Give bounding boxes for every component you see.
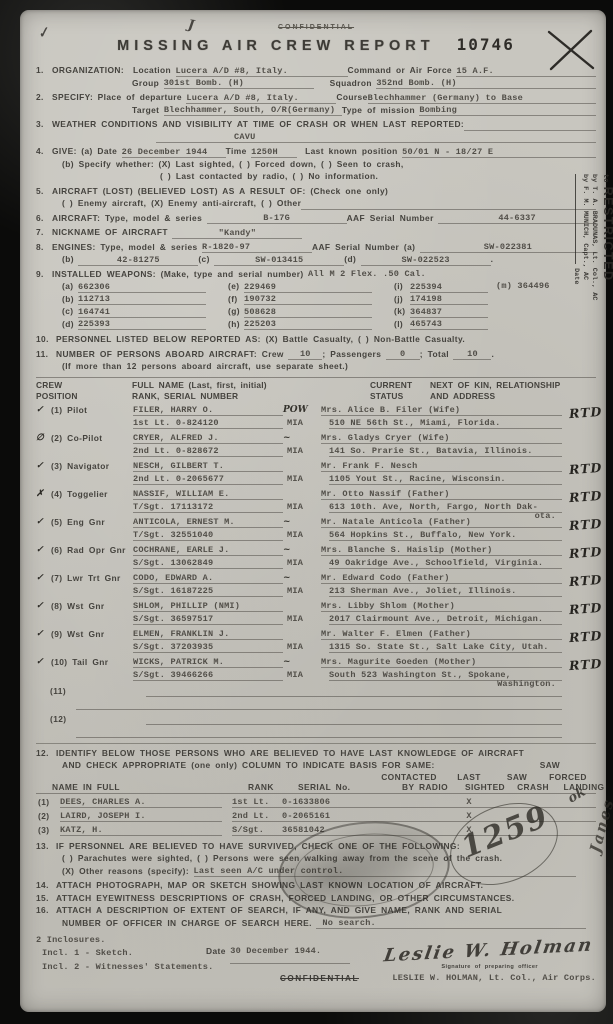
- period: .: [491, 348, 494, 361]
- crew-position: (4) Toggelier: [51, 488, 133, 500]
- crew-rank-serial: T/Sgt. 17113172: [133, 502, 283, 513]
- kin-address: 141 So. Prarie St., Batavia, Illinois.: [329, 446, 562, 457]
- rtd-annotation: RTD: [568, 459, 602, 476]
- date-label: (a) Date: [81, 145, 117, 158]
- crew-position: (6) Rad Opr Gnr: [51, 544, 133, 556]
- pencil-checkmark: ✓: [36, 628, 51, 640]
- item5-label: AIRCRAFT (LOST) (BELIEVED LOST) AS A RES…: [52, 185, 388, 198]
- date-footer-value: 30 December 1944.: [230, 946, 350, 964]
- target-label: Target: [132, 104, 159, 117]
- position-value: 50/01 N - 18/27 E: [402, 147, 596, 158]
- crew-name: CODO, EDWARD A.: [133, 573, 283, 584]
- crew-name: WICKS, PATRICK M.: [133, 657, 283, 668]
- location-value: Lucera A/D #8, Italy.: [176, 66, 348, 77]
- weapon-letter: (b): [62, 293, 78, 306]
- crew-position: (7) Lwr Trt Gnr: [51, 572, 133, 584]
- item4b-options-line2: ( ) Last contacted by radio, ( ) No info…: [160, 170, 378, 183]
- hdr-crew: CREW: [36, 380, 132, 391]
- kin-address-overflow: Washington.: [497, 679, 556, 689]
- crew-rank-serial: S/Sgt. 36597517: [133, 614, 283, 625]
- mission-value: Bombing: [419, 105, 596, 116]
- crew-status: MIA: [283, 501, 329, 513]
- crew-count: 10: [288, 349, 322, 360]
- item4b-options-line1: (X) Last sighted, ( ) Forced down, ( ) S…: [159, 158, 404, 171]
- weapons-note: All M 2 Flex. .50 Cal.: [308, 268, 426, 281]
- crew-row: ✓ (5) Eng Gnr ANTICOLA, ERNEST M. ~ Mr. …: [36, 515, 596, 542]
- item2-label: SPECIFY:: [52, 91, 93, 104]
- command-label: Command or Air Force: [348, 64, 452, 77]
- kin-address: 49 Oakridge Ave., Schoolfield, Virginia.: [329, 558, 562, 569]
- kin-address: 2017 Clairmount Ave., Detroit, Michigan.: [329, 614, 562, 625]
- item6-label: AIRCRAFT: Type, model & series: [52, 212, 202, 225]
- hdr-next-of-kin: NEXT OF KIN, RELATIONSHIP: [430, 380, 596, 391]
- item4-label: GIVE:: [52, 145, 77, 158]
- handwritten-x-mark: [545, 28, 597, 72]
- date-value: 26 December 1944: [122, 147, 226, 158]
- crew-row: ✓ (9) Wst Gnr ELMEN, FRANKLIN J. Mr. Wal…: [36, 627, 596, 654]
- next-of-kin: Mrs. Gladys Cryer (Wife): [321, 433, 562, 444]
- crew-status: MIA: [283, 585, 329, 597]
- rtd-annotation: RTD: [568, 571, 602, 588]
- departure-label: Place of departure: [98, 91, 182, 104]
- witness-number: (3): [36, 825, 60, 836]
- weapons-row: (d) 225393 (h) 225203 (l) 465743: [36, 318, 596, 331]
- witness-radio-check: [374, 797, 444, 808]
- signature: Leslie W. Holman: [382, 935, 595, 967]
- hdr-by-radio: BY RADIO: [390, 782, 460, 792]
- course-value: Blechhammer (Germany) to Base: [368, 93, 596, 104]
- pencil-checkmark: ✓: [36, 516, 51, 528]
- search-value: No search.: [316, 918, 442, 929]
- target-value: Blechhammer, South, O/R(Germany): [164, 105, 342, 116]
- rtd-annotation: RTD: [568, 543, 602, 560]
- kin-address: 564 Hopkins St., Buffalo, New York.: [329, 530, 562, 541]
- confidential-stamp-bottom: CONFIDENTIAL: [280, 974, 359, 983]
- witness-name: DEES, CHARLES A.: [60, 797, 222, 808]
- pencil-checkmark: ✓: [36, 404, 51, 416]
- next-of-kin: Mr. Frank F. Nesch: [321, 461, 562, 472]
- squadron-label: Squadron: [330, 77, 372, 90]
- crew-status: MIA: [283, 417, 329, 429]
- group-label: Group: [132, 77, 159, 90]
- item13-number: 13.: [36, 840, 56, 853]
- weapon-serial: 364837: [410, 307, 488, 318]
- item11-number: 11.: [36, 348, 56, 361]
- item5-number: 5.: [36, 185, 52, 198]
- mission-label: Type of mission: [342, 104, 415, 117]
- course-label: Course: [336, 91, 367, 104]
- stamp-line4: by F. M. MUNICH, Capt., AC: [580, 174, 589, 380]
- crew-position: (8) Wst Gnr: [51, 600, 133, 612]
- item10-number: 10.: [36, 333, 56, 346]
- crew-rank-serial: T/Sgt. 32551040: [133, 530, 283, 541]
- hdr-name-in-full: NAME IN FULL: [36, 782, 248, 792]
- rtd-annotation: RTD: [568, 627, 602, 644]
- weapon-serial: 508628: [244, 307, 372, 318]
- item11-label: NUMBER OF PERSONS ABOARD AIRCRAFT: Crew: [56, 348, 284, 361]
- item12-number: 12.: [36, 747, 56, 760]
- weapon-letter: (h): [228, 318, 244, 331]
- weapon-serial: 225203: [244, 319, 372, 330]
- weapon-letter: (i): [394, 280, 410, 293]
- crew-row: ✓ (1) Pilot FILER, HARRY O. POW Mrs. Ali…: [36, 403, 596, 430]
- engine-type-value: R-1820-97: [202, 242, 312, 253]
- next-of-kin: Mrs. Magurite Goeden (Mother): [321, 657, 562, 668]
- crew-name: COCHRANE, EARLE J.: [133, 545, 283, 556]
- handwritten-status: ~: [283, 572, 321, 584]
- crew-rank-serial: 2nd Lt. 0-2065677: [133, 474, 283, 485]
- crew-row: ✗ (4) Toggelier NASSIF, WILLIAM E. Mr. O…: [36, 487, 596, 514]
- kin-address: 613 10th. Ave, North, Fargo, North Dak-: [329, 502, 562, 513]
- witness-rank: 2nd Lt.: [232, 811, 282, 822]
- kin-address: 510 NE 56th St., Miami, Florida.: [329, 418, 562, 429]
- weapons-row: (a) 662306 (e) 229469 (i) 225394 (m) 364…: [36, 280, 596, 293]
- time-label: Time: [226, 145, 247, 158]
- handwritten-status: ~: [283, 544, 321, 556]
- date-footer-label: Date: [206, 946, 226, 964]
- hdr-forced: FORCED: [540, 772, 596, 782]
- engine-d-label: (d): [344, 253, 356, 266]
- item16-label-line2: NUMBER OF OFFICER IN CHARGE OF SEARCH HE…: [62, 917, 312, 930]
- hdr-position: POSITION: [36, 391, 132, 402]
- item9-label: INSTALLED WEAPONS: (Make, type and seria…: [52, 268, 304, 281]
- weapon-letter: (k): [394, 305, 410, 318]
- passengers-label: ; Passengers: [322, 348, 381, 361]
- item3-number: 3.: [36, 118, 52, 131]
- crew-table-header: CREW POSITION FULL NAME (Last, first, in…: [36, 377, 596, 402]
- kin-address: 1315 So. State St., Salt Lake City, Utah…: [329, 642, 562, 653]
- item9-number: 9.: [36, 268, 52, 281]
- next-of-kin: Mr. Edward Codo (Father): [321, 573, 562, 584]
- passengers-count: 0: [386, 349, 420, 360]
- restricted-word: RESTRICTED: [601, 187, 613, 282]
- time-value: 1250H: [251, 147, 297, 158]
- crew-status: MIA: [283, 445, 329, 457]
- crew-name: CRYER, ALFRED J.: [133, 433, 283, 444]
- squadron-value: 352nd Bomb. (H): [376, 78, 596, 89]
- witness-radio-check: [374, 811, 444, 822]
- pencil-checkmark: ✓: [36, 544, 51, 556]
- inclosure-2: Incl. 2 - Witnesses' Statements.: [42, 961, 213, 974]
- handwritten-status: ~: [283, 516, 321, 528]
- crew-status: MIA: [283, 473, 329, 485]
- weapons-row: (c) 164741 (g) 508628 (k) 364837: [36, 305, 596, 318]
- weapon-letter: (l): [394, 318, 410, 331]
- hdr-sighted: SIGHTED: [460, 782, 510, 792]
- pencil-checkmark: ✓: [36, 572, 51, 584]
- item8-number: 8.: [36, 241, 52, 254]
- hdr-saw: SAW: [494, 772, 540, 782]
- crew-name: ANTICOLA, ERNEST M.: [133, 517, 283, 528]
- next-of-kin: Mr. Walter F. Elmen (Father): [321, 629, 562, 640]
- preparing-officer-name: LESLIE W. HOLMAN, Lt. Col., Air Corps.: [392, 973, 596, 983]
- weapon-letter: (g): [228, 305, 244, 318]
- total-label: ; Total: [420, 348, 449, 361]
- report-number-stamp: 10746: [457, 35, 515, 54]
- stamp-line2: to RESTRICTED: [598, 174, 613, 380]
- next-of-kin: Mr. Otto Nassif (Father): [321, 489, 562, 500]
- pencil-checkmark: ✓: [36, 600, 51, 612]
- engine-serial-d: SW-022523: [361, 255, 491, 266]
- witness-rank: S/Sgt.: [232, 825, 282, 836]
- crew-position: (3) Navigator: [51, 460, 133, 472]
- weapon-serial: 190732: [244, 294, 372, 305]
- witness-number: (1): [36, 797, 60, 808]
- item16-number: 16.: [36, 904, 56, 917]
- aircraft-type-value: B-17G: [207, 213, 347, 224]
- crew-rank-serial: S/Sgt. 39466266: [133, 670, 283, 681]
- weapon-serial: 164741: [78, 307, 206, 318]
- kin-address: 1105 Yout St., Racine, Wisconsin.: [329, 474, 562, 485]
- item7-number: 7.: [36, 226, 52, 239]
- crew-rank-serial: S/Sgt. 37203935: [133, 642, 283, 653]
- location-label: Location: [133, 64, 171, 77]
- aaf-serial-label: AAF Serial Number: [347, 212, 434, 225]
- item4-number: 4.: [36, 145, 52, 158]
- crew-name: NASSIF, WILLIAM E.: [133, 489, 283, 500]
- item4b-label: (b) Specify whether:: [62, 158, 154, 171]
- pencil-checkmark: ✓: [36, 460, 51, 472]
- crew-name: FILER, HARRY O.: [133, 405, 283, 416]
- weather-value: CAVU: [156, 132, 596, 143]
- crew-status: MIA: [283, 641, 329, 653]
- item1-label: ORGANIZATION:: [52, 64, 124, 77]
- crew-position: (9) Wst Gnr: [51, 628, 133, 640]
- crew-name: SHLOM, PHILLIP (NMI): [133, 601, 283, 612]
- hdr-contacted: CONTACTED: [374, 772, 444, 782]
- weapon-serial: 229469: [244, 282, 372, 293]
- crew-position: (1) Pilot: [51, 404, 133, 416]
- crew-rank-serial: 1st Lt. 0-824120: [133, 418, 283, 429]
- total-count: 10: [453, 349, 491, 360]
- empty-row-11: (11): [36, 685, 80, 698]
- pencil-checkmark: ✗: [36, 488, 51, 500]
- rtd-annotation: RTD: [568, 487, 602, 504]
- weapon-letter: (e): [228, 280, 244, 293]
- weapon-serial: 225393: [78, 319, 206, 330]
- pencil-checkmark: ✓: [36, 656, 51, 668]
- crew-status: MIA: [283, 529, 329, 541]
- item2-number: 2.: [36, 91, 52, 104]
- crew-row: ✓ (10) Tail Gnr WICKS, PATRICK M. ~ Mrs.…: [36, 655, 596, 682]
- hdr-rank: RANK: [248, 782, 298, 792]
- weapon-letter: (j): [394, 293, 410, 306]
- item12-label-line1: IDENTIFY BELOW THOSE PERSONS WHO ARE BEL…: [56, 747, 524, 760]
- item11-note: (If more than 12 persons aboard aircraft…: [62, 360, 348, 373]
- pencil-checkmark: ∅: [36, 432, 51, 444]
- weapon-serial: 225394: [410, 282, 488, 293]
- weapons-row: (b) 112713 (f) 190732 (j) 174198: [36, 293, 596, 306]
- rtd-annotation: RTD: [568, 655, 602, 672]
- crew-rank-serial: 2nd Lt. 0-828672: [133, 446, 283, 457]
- crew-row: ∅ (2) Co-Pilot CRYER, ALFRED J. ~ Mrs. G…: [36, 431, 596, 458]
- engine-serial-label: AAF Serial Number (a): [312, 241, 415, 254]
- weapon-letter: (f): [228, 293, 244, 306]
- crew-row: ✓ (6) Rad Opr Gnr COCHRANE, EARLE J. ~ M…: [36, 543, 596, 570]
- handwritten-status: ~: [283, 432, 321, 444]
- witness-name: KATZ, H.: [60, 825, 222, 836]
- crew-row: ✓ (8) Wst Gnr SHLOM, PHILLIP (NMI) Mrs. …: [36, 599, 596, 626]
- hdr-full-name: FULL NAME (Last, first, initial): [132, 380, 370, 391]
- crew-name: NESCH, GILBERT T.: [133, 461, 283, 472]
- rtd-annotation: RTD: [568, 403, 602, 420]
- crew-position: (10) Tail Gnr: [51, 656, 133, 668]
- witness-number: (2): [36, 811, 60, 822]
- hdr-status: STATUS: [370, 391, 430, 402]
- weapons-grid: (a) 662306 (e) 229469 (i) 225394 (m) 364…: [36, 280, 596, 330]
- engine-serial-c: SW-013415: [214, 255, 344, 266]
- group-value: 301st Bomb. (H): [164, 78, 314, 89]
- confidential-stamp-top: CONFIDENTIAL: [36, 24, 596, 31]
- stamp-line3: by T. A. BRADUNAS, Lt. Col., AC: [589, 174, 598, 380]
- rtd-annotation: RTD: [568, 599, 602, 616]
- next-of-kin: Mrs. Libby Shlom (Mother): [321, 601, 562, 612]
- item7-label: NICKNAME OF AIRCRAFT: [52, 226, 168, 239]
- handwritten-status: POW: [283, 404, 321, 416]
- hdr-last: LAST: [444, 772, 494, 782]
- item3-label: WEATHER CONDITIONS AND VISIBILITY AT TIM…: [52, 118, 464, 131]
- period: .: [491, 253, 494, 266]
- item12-label-line2: AND CHECK APPROPRIATE (one only) COLUMN …: [62, 759, 435, 772]
- weapon-serial: 465743: [410, 319, 488, 330]
- item15-number: 15.: [36, 892, 56, 905]
- witness-serial: 0-1633806: [282, 797, 374, 808]
- inclosure-1: Incl. 1 - Sketch.: [42, 947, 133, 960]
- page-title: MISSING AIR CREW REPORT: [117, 38, 434, 54]
- weapon-serial: 662306: [78, 282, 206, 293]
- crew-rank-serial: S/Sgt. 16187225: [133, 586, 283, 597]
- weapon-letter: (a): [62, 280, 78, 293]
- hdr-current: CURRENT: [370, 380, 430, 391]
- stamp-date-line: Date: [571, 174, 580, 380]
- document-paper: ✓ J CONFIDENTIAL MISSING AIR CREW REPORT…: [20, 10, 606, 1012]
- item14-number: 14.: [36, 879, 56, 892]
- weapon-letter: (d): [62, 318, 78, 331]
- weapon-serial-extra: (m) 364496: [496, 280, 550, 293]
- hdr-saw-top: SAW: [540, 759, 560, 772]
- rtd-annotation: RTD: [568, 515, 602, 532]
- nickname-value: "Kandy": [172, 228, 302, 239]
- signature-caption: Signature of preparing officer: [441, 964, 538, 970]
- crew-row: ✓ (3) Navigator NESCH, GILBERT T. Mr. Fr…: [36, 459, 596, 486]
- engine-b-label: (b): [62, 253, 74, 266]
- hdr-rank-serial: RANK, SERIAL NUMBER: [132, 391, 370, 402]
- next-of-kin: Mr. Natale Anticola (Father): [321, 517, 562, 528]
- empty-row-12: (12): [36, 713, 80, 726]
- item16-label-line1: ATTACH A DESCRIPTION OF EXTENT OF SEARCH…: [56, 904, 502, 917]
- crew-status: MIA: [283, 613, 329, 625]
- crew-status: MIA: [283, 557, 329, 569]
- position-label: Last known position: [305, 145, 398, 158]
- weapon-serial: 112713: [78, 294, 206, 305]
- classification-stamp: Classification changed to RESTRICTED by …: [558, 174, 613, 380]
- crew-name: ELMEN, FRANKLIN J.: [133, 629, 283, 640]
- hdr-address: AND ADDRESS: [430, 391, 596, 402]
- next-of-kin: Mrs. Alice B. Filer (Wife): [321, 405, 562, 416]
- crew-position: (2) Co-Pilot: [51, 432, 133, 444]
- item1-number: 1.: [36, 64, 52, 77]
- witness-rank: 1st Lt.: [232, 797, 282, 808]
- weapon-letter: (c): [62, 305, 78, 318]
- crew-position: (5) Eng Gnr: [51, 516, 133, 528]
- inclosures-count: 2 Inclosures.: [36, 934, 106, 947]
- kin-address: 213 Sherman Ave., Joliet, Illinois.: [329, 586, 562, 597]
- next-of-kin: Mrs. Blanche S. Haislip (Mother): [321, 545, 562, 556]
- handwritten-status: ~: [283, 656, 321, 668]
- item10-label: PERSONNEL LISTED BELOW REPORTED AS: (X) …: [56, 333, 465, 346]
- departure-value: Lucera A/D #8, Italy.: [186, 93, 336, 104]
- witness-serial: 0-2065161: [282, 811, 374, 822]
- crew-row: ✓ (7) Lwr Trt Gnr CODO, EDWARD A. ~ Mr. …: [36, 571, 596, 598]
- engine-serial-b: 42-81275: [78, 255, 198, 266]
- witness-name: LAIRD, JOSEPH I.: [60, 811, 222, 822]
- engine-c-label: (c): [198, 253, 209, 266]
- crew-table: ✓ (1) Pilot FILER, HARRY O. POW Mrs. Ali…: [36, 403, 596, 682]
- item13-opt2-label: (X) Other reasons (specify):: [62, 865, 189, 878]
- footer: 2 Inclosures. Incl. 1 - Sketch. Incl. 2 …: [36, 934, 596, 1006]
- crew-status: MIA: [283, 669, 329, 681]
- hdr-serial-no: SERIAL No.: [298, 782, 390, 792]
- weapon-serial: 174198: [410, 294, 488, 305]
- crew-rank-serial: S/Sgt. 13062849: [133, 558, 283, 569]
- item5-options: ( ) Enemy aircraft, (X) Enemy anti-aircr…: [62, 197, 301, 210]
- item6-number: 6.: [36, 212, 52, 225]
